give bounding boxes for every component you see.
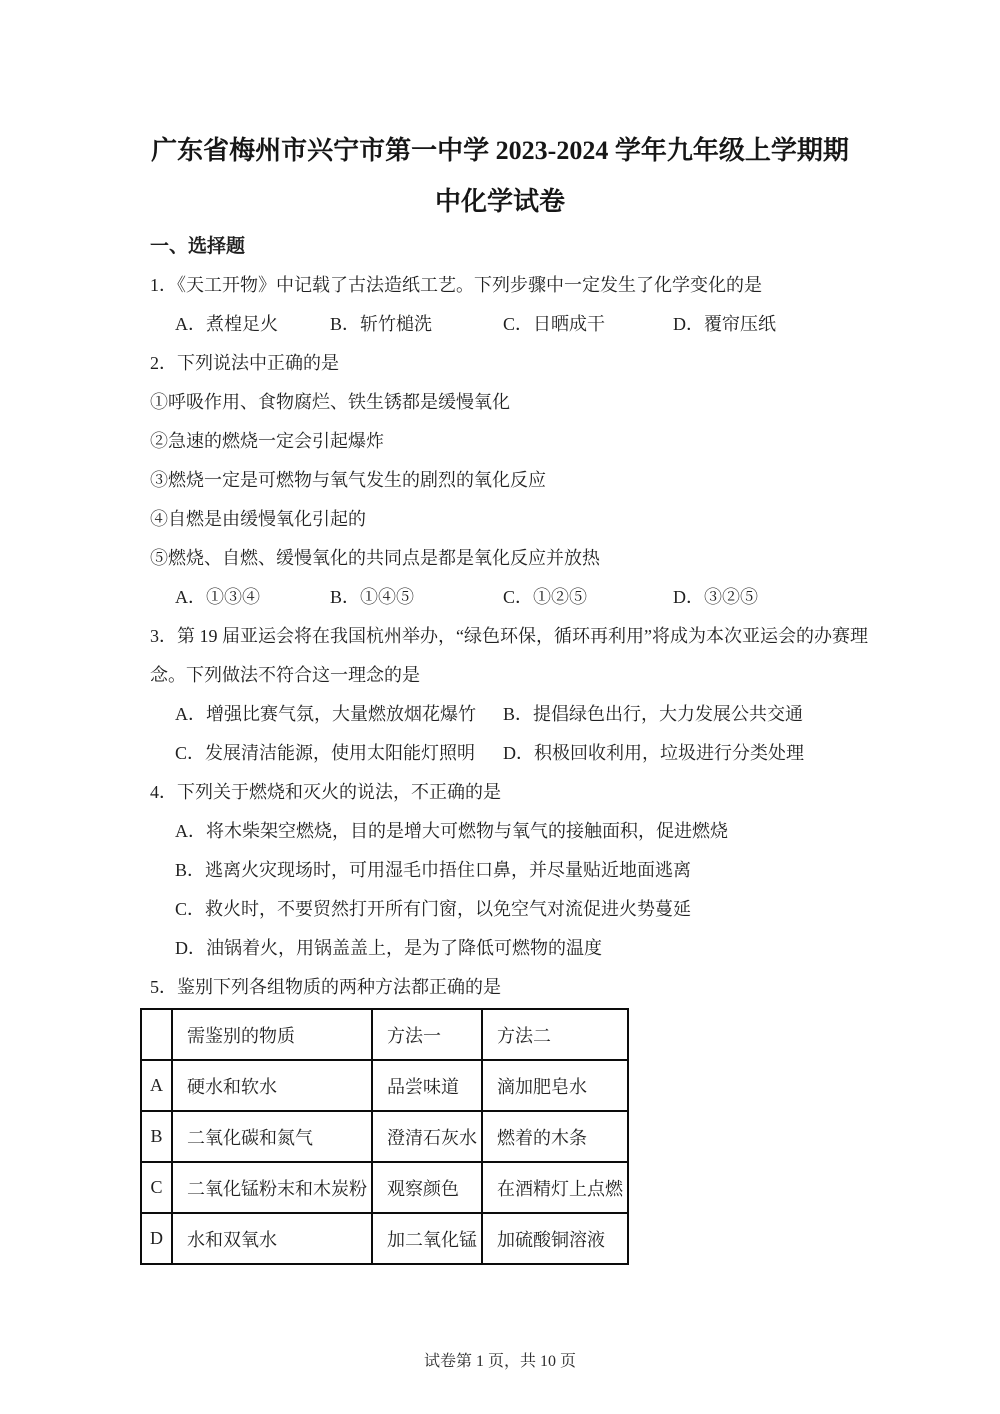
- question-3-option-c: C．发展清洁能源，使用太阳能灯照明: [175, 734, 503, 773]
- table-row-d-label: D: [141, 1213, 172, 1264]
- table-row-b-method1: 澄清石灰水: [372, 1111, 482, 1162]
- table-header-row: 需鉴别的物质 方法一 方法二: [141, 1009, 628, 1060]
- table-row: A 硬水和软水 品尝味道 滴加肥皂水: [141, 1060, 628, 1111]
- table-row-a-label: A: [141, 1060, 172, 1111]
- question-1-option-c: C．日晒成干: [503, 305, 673, 344]
- question-3-stem-line2: 念。下列做法不符合这一理念的是: [150, 656, 862, 695]
- question-4-option-d: D．油锅着火，用锅盖盖上，是为了降低可燃物的温度: [150, 929, 862, 968]
- page-title: 广东省梅州市兴宁市第一中学 2023-2024 学年九年级上学期期 中化学试卷: [150, 125, 850, 227]
- question-2-statement-1: ①呼吸作用、食物腐烂、铁生锈都是缓慢氧化: [150, 383, 862, 422]
- question-3-stem-line1: 3．第 19 届亚运会将在我国杭州举办，“绿色环保，循环再利用”将成为本次亚运会…: [150, 617, 862, 656]
- table-row-a-method1: 品尝味道: [372, 1060, 482, 1111]
- page-footer: 试卷第 1 页，共 10 页: [0, 1348, 1000, 1371]
- table-row-a-method2: 滴加肥皂水: [482, 1060, 628, 1111]
- exam-page: 广东省梅州市兴宁市第一中学 2023-2024 学年九年级上学期期 中化学试卷 …: [0, 0, 1000, 1414]
- question-1-stem: 1．《天工开物》中记载了古法造纸工艺。下列步骤中一定发生了化学变化的是: [150, 266, 862, 305]
- question-2-statement-5: ⑤燃烧、自燃、缓慢氧化的共同点是都是氧化反应并放热: [150, 539, 862, 578]
- question-5-table: 需鉴别的物质 方法一 方法二 A 硬水和软水 品尝味道 滴加肥皂水 B 二氧化碳…: [140, 1008, 629, 1265]
- question-4-option-a: A．将木柴架空燃烧，目的是增大可燃物与氧气的接触面积，促进燃烧: [150, 812, 862, 851]
- table-row-d-method2: 加硫酸铜溶液: [482, 1213, 628, 1264]
- table-header-substance: 需鉴别的物质: [172, 1009, 372, 1060]
- table-row: C 二氧化锰粉末和木炭粉 观察颜色 在酒精灯上点燃: [141, 1162, 628, 1213]
- question-2-statement-4: ④自燃是由缓慢氧化引起的: [150, 500, 862, 539]
- table-row: D 水和双氧水 加二氧化锰 加硫酸铜溶液: [141, 1213, 628, 1264]
- question-2-option-a: A．①③④: [175, 578, 330, 617]
- question-3-options-row2: C．发展清洁能源，使用太阳能灯照明 D．积极回收利用，垃圾进行分类处理: [150, 734, 862, 773]
- question-3-option-d: D．积极回收利用，垃圾进行分类处理: [503, 734, 804, 773]
- question-3-options-row1: A．增强比赛气氛，大量燃放烟花爆竹 B．提倡绿色出行，大力发展公共交通: [150, 695, 862, 734]
- question-3-option-b: B．提倡绿色出行，大力发展公共交通: [503, 695, 803, 734]
- table-row-b-label: B: [141, 1111, 172, 1162]
- table-header-method1: 方法一: [372, 1009, 482, 1060]
- table-header-blank: [141, 1009, 172, 1060]
- question-5-stem: 5．鉴别下列各组物质的两种方法都正确的是: [150, 968, 862, 1007]
- question-2-statement-3: ③燃烧一定是可燃物与氧气发生的剧烈的氧化反应: [150, 461, 862, 500]
- question-1-option-a: A．煮楻足火: [175, 305, 330, 344]
- question-2-options: A．①③④ B．①④⑤ C．①②⑤ D．③②⑤: [150, 578, 862, 617]
- table-row-c-method2: 在酒精灯上点燃: [482, 1162, 628, 1213]
- table-row: B 二氧化碳和氮气 澄清石灰水 燃着的木条: [141, 1111, 628, 1162]
- exam-content: 广东省梅州市兴宁市第一中学 2023-2024 学年九年级上学期期 中化学试卷 …: [150, 125, 862, 1265]
- table-row-c-method1: 观察颜色: [372, 1162, 482, 1213]
- table-row-c-label: C: [141, 1162, 172, 1213]
- question-2-statement-2: ②急速的燃烧一定会引起爆炸: [150, 422, 862, 461]
- table-row-d-substance: 水和双氧水: [172, 1213, 372, 1264]
- question-4-option-c: C．救火时，不要贸然打开所有门窗，以免空气对流促进火势蔓延: [150, 890, 862, 929]
- question-2-option-b: B．①④⑤: [330, 578, 503, 617]
- question-1-option-b: B．斩竹槌洗: [330, 305, 503, 344]
- page-title-line1: 广东省梅州市兴宁市第一中学 2023-2024 学年九年级上学期期: [150, 125, 850, 176]
- table-row-b-method2: 燃着的木条: [482, 1111, 628, 1162]
- question-1-option-d: D．覆帘压纸: [673, 305, 776, 344]
- question-4-stem: 4．下列关于燃烧和灭火的说法，不正确的是: [150, 773, 862, 812]
- table-row-a-substance: 硬水和软水: [172, 1060, 372, 1111]
- question-2-option-c: C．①②⑤: [503, 578, 673, 617]
- table-row-b-substance: 二氧化碳和氮气: [172, 1111, 372, 1162]
- table-row-d-method1: 加二氧化锰: [372, 1213, 482, 1264]
- question-4-option-b: B．逃离火灾现场时，可用湿毛巾捂住口鼻，并尽量贴近地面逃离: [150, 851, 862, 890]
- question-2-option-d: D．③②⑤: [673, 578, 758, 617]
- section-heading: 一、选择题: [150, 227, 862, 266]
- question-2-stem: 2．下列说法中正确的是: [150, 344, 862, 383]
- table-header-method2: 方法二: [482, 1009, 628, 1060]
- page-title-line2: 中化学试卷: [150, 176, 850, 227]
- table-row-c-substance: 二氧化锰粉末和木炭粉: [172, 1162, 372, 1213]
- question-3-option-a: A．增强比赛气氛，大量燃放烟花爆竹: [175, 695, 503, 734]
- question-1-options: A．煮楻足火 B．斩竹槌洗 C．日晒成干 D．覆帘压纸: [150, 305, 862, 344]
